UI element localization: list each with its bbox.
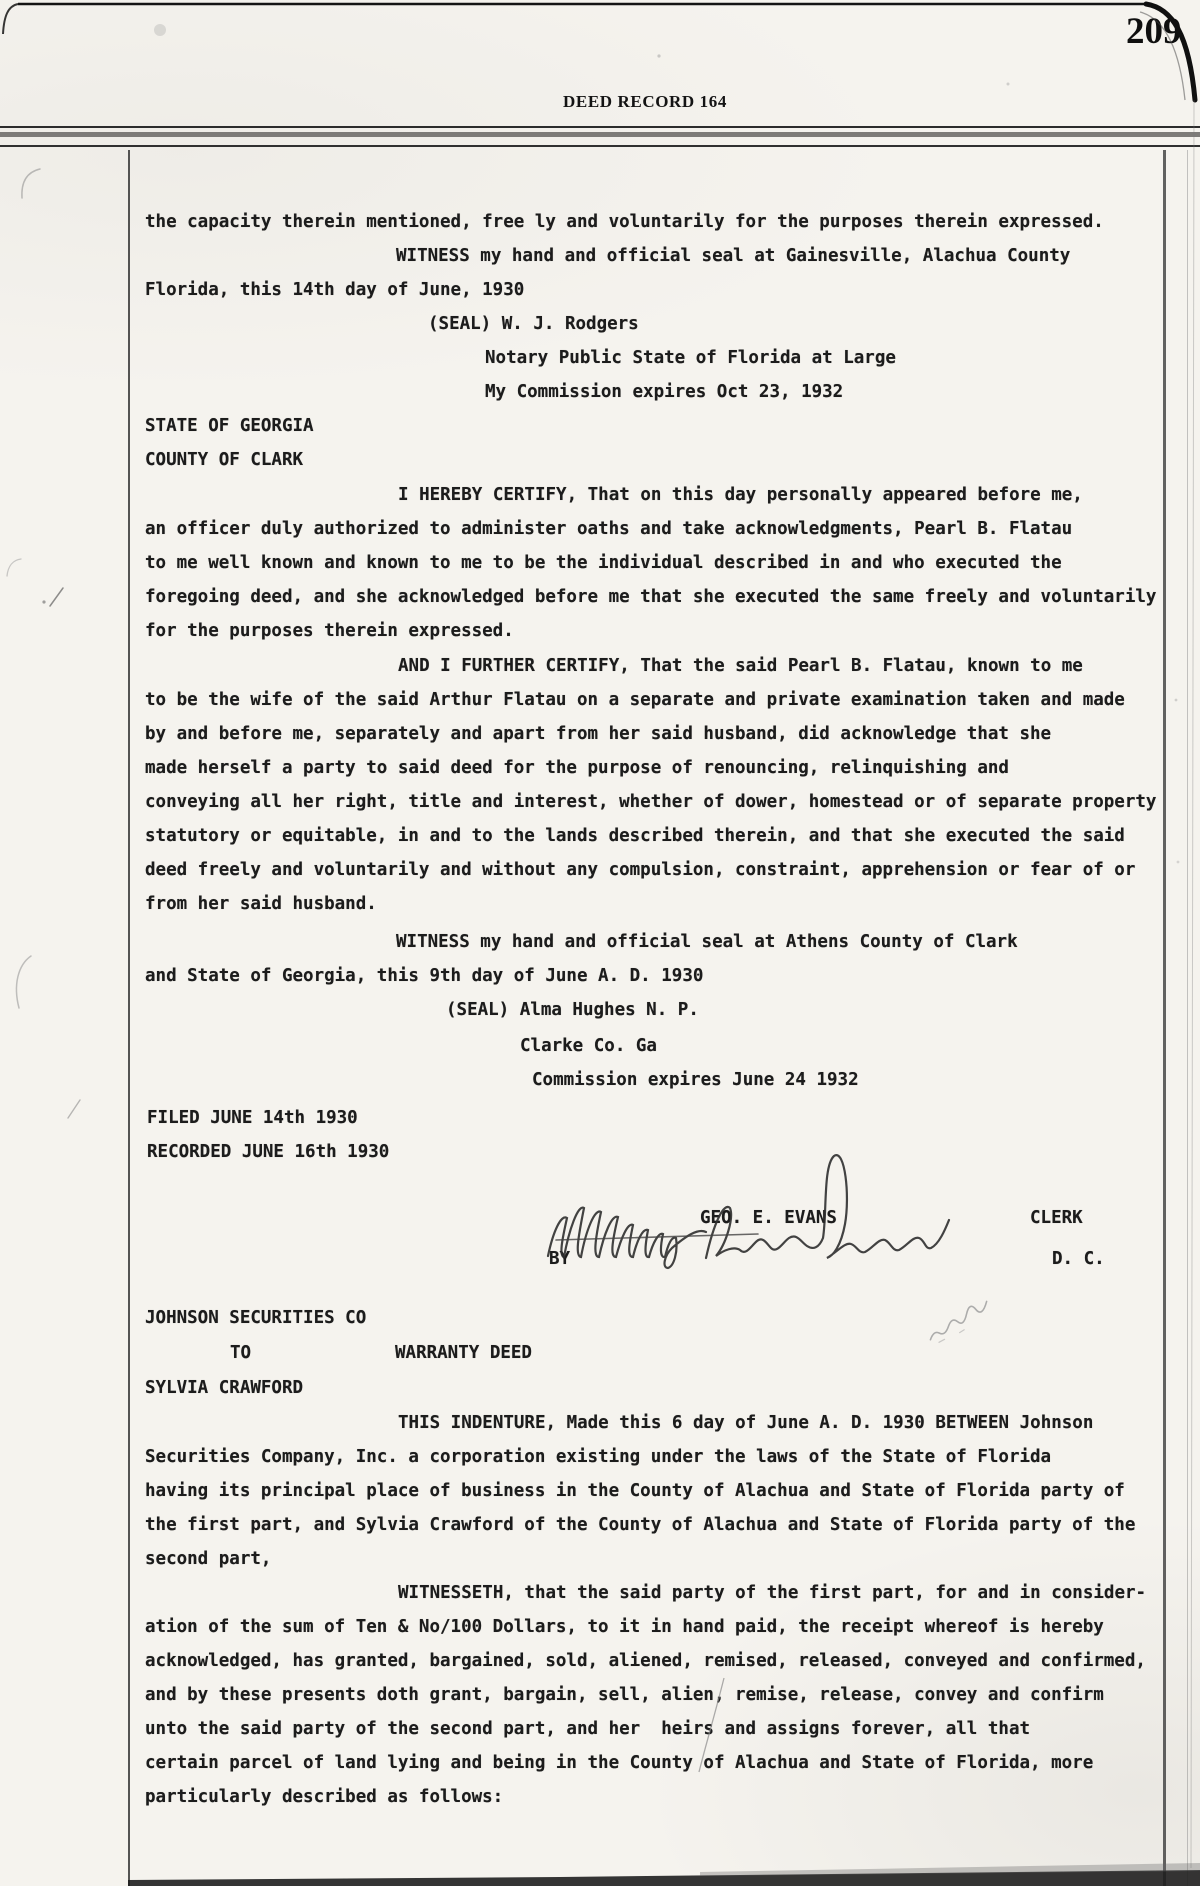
typed-line: and by these presents doth grant, bargai…: [145, 1687, 1104, 1705]
typed-line: deed freely and voluntarily and without …: [145, 862, 1135, 880]
typed-line: Securities Company, Inc. a corporation e…: [145, 1449, 1051, 1467]
typed-line: I HEREBY CERTIFY, That on this day perso…: [398, 487, 1083, 505]
pencil-annotation: [926, 1301, 993, 1343]
deed-record-page: 209 DEED RECORD 164 the capacity therein…: [0, 0, 1200, 1886]
typed-line: for the purposes therein expressed.: [145, 623, 514, 641]
book-header: DEED RECORD 164: [563, 92, 727, 112]
typed-line: Commission expires June 24 1932: [532, 1072, 859, 1090]
typed-line: foregoing deed, and she acknowledged bef…: [145, 589, 1156, 607]
page-number: 209: [1126, 10, 1182, 53]
by-label: BY: [549, 1251, 570, 1269]
typed-line: certain parcel of land lying and being i…: [145, 1755, 1093, 1773]
deputy-clerk-initials: D. C.: [1052, 1251, 1105, 1269]
typed-line: and State of Georgia, this 9th day of Ju…: [145, 968, 703, 986]
right-margin-rule: [1163, 150, 1166, 1886]
typed-line: AND I FURTHER CERTIFY, That the said Pea…: [398, 658, 1083, 676]
recorded-date-line: RECORDED JUNE 16th 1930: [147, 1144, 389, 1162]
typed-line: My Commission expires Oct 23, 1932: [485, 384, 843, 402]
typed-line: an officer duly authorized to administer…: [145, 521, 1072, 539]
typed-line: statutory or equitable, in and to the la…: [145, 828, 1125, 846]
typed-line: THIS INDENTURE, Made this 6 day of June …: [398, 1415, 1093, 1433]
typed-line: STATE OF GEORGIA: [145, 418, 314, 436]
typed-line: to be the wife of the said Arthur Flatau…: [145, 692, 1125, 710]
grantee-name: SYLVIA CRAWFORD: [145, 1380, 303, 1398]
typed-line: WITNESSETH, that the said party of the f…: [398, 1585, 1146, 1603]
grantor-name: JOHNSON SECURITIES CO: [145, 1310, 366, 1328]
typed-line: by and before me, separately and apart f…: [145, 726, 1051, 744]
typed-line: conveying all her right, title and inter…: [145, 794, 1156, 812]
typed-line: (SEAL) Alma Hughes N. P.: [446, 1002, 699, 1020]
typed-line: the first part, and Sylvia Crawford of t…: [145, 1517, 1135, 1535]
typed-line: acknowledged, has granted, bargained, so…: [145, 1653, 1146, 1671]
typed-line: particularly described as follows:: [145, 1789, 503, 1807]
right-page-edge-line: [1187, 150, 1188, 1886]
typed-line: ation of the sum of Ten & No/100 Dollars…: [145, 1619, 1104, 1637]
typed-line: Clarke Co. Ga: [520, 1038, 657, 1056]
typed-line: to me well known and known to me to be t…: [145, 555, 1062, 573]
to-label: TO: [230, 1345, 251, 1363]
clerk-title: CLERK: [1030, 1210, 1083, 1228]
page-edge-bottom: [128, 1863, 1200, 1886]
typed-line: (SEAL) W. J. Rodgers: [428, 316, 639, 334]
typed-line: Florida, this 14th day of June, 1930: [145, 282, 524, 300]
typed-line: having its principal place of business i…: [145, 1483, 1125, 1501]
filed-date-line: FILED JUNE 14th 1930: [147, 1110, 358, 1128]
typed-line: made herself a party to said deed for th…: [145, 760, 1009, 778]
typed-line: from her said husband.: [145, 896, 377, 914]
header-rule-bottom: [0, 145, 1200, 147]
typed-line: WITNESS my hand and official seal at Ath…: [396, 934, 1018, 952]
typed-line: the capacity therein mentioned, free ly …: [145, 214, 1104, 232]
typed-line: COUNTY OF CLARK: [145, 452, 303, 470]
instrument-type: WARRANTY DEED: [395, 1345, 532, 1363]
header-rule-thick: [0, 132, 1200, 137]
typed-line: second part,: [145, 1551, 271, 1569]
typed-line: Notary Public State of Florida at Large: [485, 350, 896, 368]
typed-line: WITNESS my hand and official seal at Gai…: [396, 248, 1070, 266]
clerk-typed-name: GEO. E. EVANS: [700, 1210, 837, 1228]
left-margin-rule: [128, 150, 130, 1886]
typed-line: unto the said party of the second part, …: [145, 1721, 1030, 1739]
margin-marks: [7, 169, 80, 1118]
header-rule-top: [0, 126, 1200, 128]
